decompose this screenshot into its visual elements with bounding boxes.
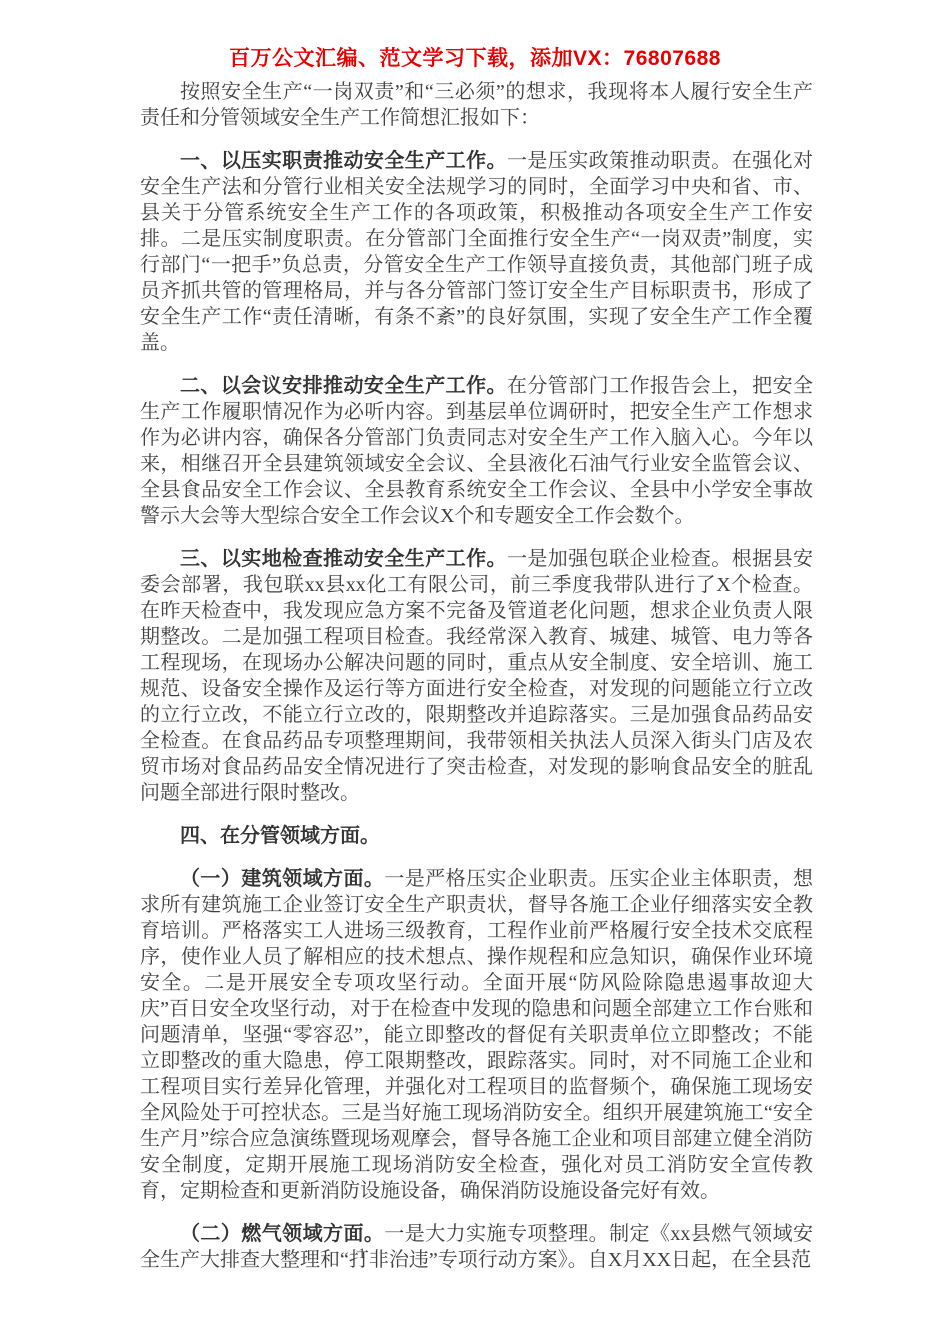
paragraph-text: 在分管部门工作报告会上，把安全生产工作履职情况作为必听内容。到基层单位调研时，把… <box>140 375 813 527</box>
subsection-1-paragraph: （一）建筑领域方面。一是严格压实企业职责。压实企业主体职责，想求所有建筑施工企业… <box>140 866 813 1204</box>
paragraph-text: 一是压实政策推动职责。在强化对安全生产法和分管行业相关安全法规学习的同时，全面学… <box>140 150 813 354</box>
section-2-heading: 二、以会议安排推动安全生产工作。 <box>180 375 507 397</box>
paragraph-text: 按照安全生产“一岗双责”和“三必须”的想求，我现将本人履行安全生产责任和分管领域… <box>140 81 813 129</box>
section-3-heading: 三、以实地检查推动安全生产工作。 <box>180 548 507 570</box>
section-1-paragraph: 一、以压实职责推动安全生产工作。一是压实政策推动职责。在强化对安全生产法和分管行… <box>140 148 813 356</box>
page-number: 1 <box>346 1246 378 1263</box>
section-4-heading-paragraph: 四、在分管领域方面。 <box>140 823 813 849</box>
paragraph-text: 一是加强包联企业检查。根据县安委会部署，我包联xx县xx化工有限公司，前三季度我… <box>140 548 813 804</box>
document-body: 按照安全生产“一岗双责”和“三必须”的想求，我现将本人履行安全生产责任和分管领域… <box>140 79 813 1290</box>
subsection-2-paragraph: （二）燃气领域方面。一是大力实施专项整理。制定《xx县燃气领域安全生产大排查大整… <box>140 1221 813 1273</box>
promo-banner: 百万公文汇编、范文学习下载，添加VX：76807688 <box>0 42 950 72</box>
subsection-2-heading: （二）燃气领域方面。 <box>180 1223 384 1245</box>
section-1-heading: 一、以压实职责推动安全生产工作。 <box>180 150 507 172</box>
subsection-1-heading: （一）建筑领域方面。 <box>180 868 384 890</box>
paragraph-text: 一是严格压实企业职责。压实企业主体职责，想求所有建筑施工企业签订安全生产职责状，… <box>140 868 813 1202</box>
section-3-paragraph: 三、以实地检查推动安全生产工作。一是加强包联企业检查。根据县安委会部署，我包联x… <box>140 546 813 806</box>
intro-paragraph: 按照安全生产“一岗双责”和“三必须”的想求，我现将本人履行安全生产责任和分管领域… <box>140 79 813 131</box>
section-4-heading: 四、在分管领域方面。 <box>180 825 380 847</box>
section-2-paragraph: 二、以会议安排推动安全生产工作。在分管部门工作报告会上，把安全生产工作履职情况作… <box>140 373 813 529</box>
